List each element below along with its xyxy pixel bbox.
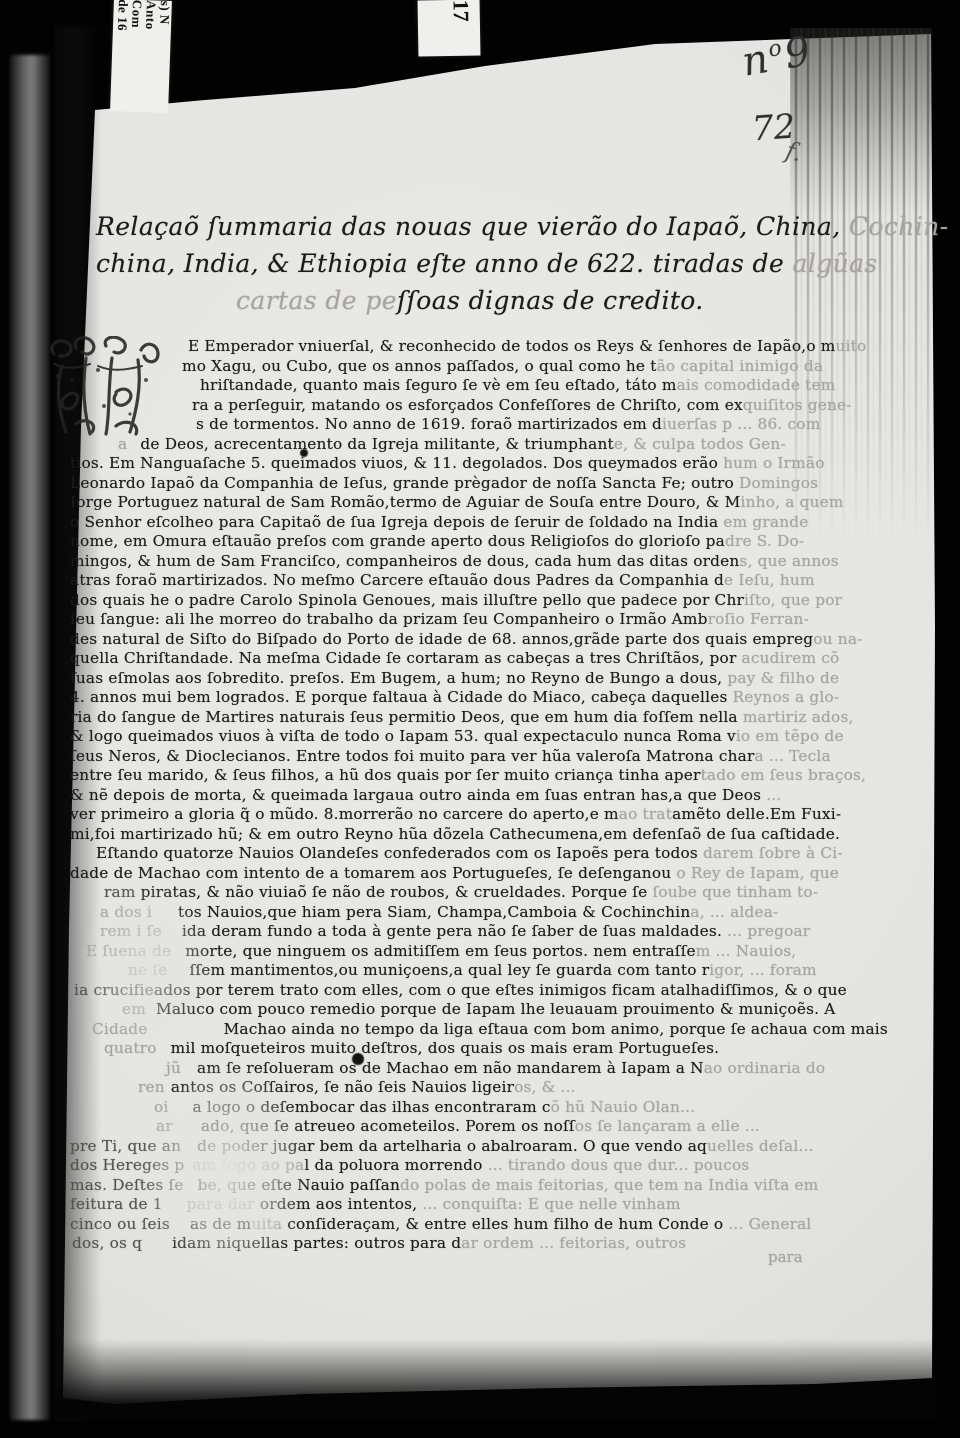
text-segment: mi,foi martirizado hũ; & em outro Reyno … <box>70 825 840 843</box>
text-segment: Iorge Portuguez natural de Sam Romão,ter… <box>70 493 741 511</box>
text-segment: dade de Machao com intento de a tomarem … <box>70 864 676 882</box>
text-segment: dos quais he o padre Carolo Spinola Geno… <box>70 591 744 609</box>
text-segment: Domingos <box>734 474 818 492</box>
text-segment: os ſe lançaram a elle ... <box>575 1117 760 1135</box>
text-segment: feitura de 1 <box>70 1195 163 1213</box>
text-segment: tios. Em Nanguaſache 5. queimados viuos,… <box>70 454 723 472</box>
gap <box>157 1039 171 1059</box>
text-line: ſuas eſmolas aos ſobredito. preſos. Em B… <box>70 669 930 689</box>
text-segment: l da poluora morrendo <box>304 1156 482 1174</box>
text-segment: am fogo ao pa <box>192 1156 304 1174</box>
text-segment: entre ſeu marido, & ſeus filhos, a hũ do… <box>70 766 701 784</box>
text-segment: E Emperador vniuerſal, & reconhecido de … <box>188 337 836 355</box>
text-segment: quiſitos gene- <box>743 396 852 414</box>
text-segment: iſto, que por <box>744 591 842 609</box>
text-segment: o Rey de Iapam, que <box>676 864 839 882</box>
text-segment: m ... Nauios, <box>696 942 797 960</box>
text-segment: ao ordinaria do <box>704 1059 826 1077</box>
text-segment: ... tirando dous que dur... poucos <box>483 1156 750 1174</box>
text-segment: jũ <box>166 1059 181 1077</box>
text-line: & logo queimados viuos à viſta de todo o… <box>70 727 930 747</box>
text-line: ar ado, que ſe atreueo acometeilos. Pore… <box>70 1117 930 1137</box>
text-segment: ria do ſangue de Martires naturais ſeus … <box>70 708 738 726</box>
text-line: a dos i tos Nauios,que hiam pera Siam, C… <box>70 903 930 923</box>
text-line: des natural de Siſto do Biſpado do Porto… <box>70 630 930 650</box>
text-line: china, India, & Ethiopia eſte anno de 62… <box>96 245 896 282</box>
text-segment: antos os Coſſairos, ſe não ſeis Nauios l… <box>171 1078 514 1096</box>
page-bottom-shadow <box>55 1340 935 1420</box>
text-segment: a dos i <box>100 903 152 921</box>
text-segment: iuerſas p ... 86. com <box>662 415 820 433</box>
text-segment: io em tẽpo de <box>736 727 844 745</box>
text-segment: de Deos, acrecentamento da Igreja milita… <box>135 435 614 453</box>
text-segment: cinco ou ſeis <box>70 1215 170 1233</box>
text-line: ia crucifieados por terem trato com elle… <box>70 981 930 1001</box>
text-segment: ado, que ſe atreueo acometeilos. Porem o… <box>201 1117 575 1135</box>
text-segment: ſſem mantimentos,ou muniçoens,a qual ley… <box>189 961 709 979</box>
text-line: Cidade Machao ainda no tempo da liga eſt… <box>70 1020 930 1040</box>
text-segment: am ſe reſolueram os de Machao em não man… <box>197 1059 704 1077</box>
text-segment: uelles deſal... <box>707 1137 814 1155</box>
text-segment: ais comodidade tem <box>677 376 836 394</box>
gap <box>152 903 178 923</box>
text-segment: Leonardo Iapaõ da Companhia de Ieſus, gr… <box>70 474 734 492</box>
text-line: s de tormentos. No anno de 1619. foraõ m… <box>70 415 930 435</box>
text-segment: dos, os q <box>72 1234 142 1252</box>
body-text-block: E Emperador vniuerſal, & reconhecido de … <box>70 337 930 1254</box>
text-segment: algũas <box>793 249 878 278</box>
text-segment: Machao ainda no tempo da liga eſtaua com… <box>224 1020 888 1038</box>
text-line: tios. Em Nanguaſache 5. queimados viuos,… <box>70 454 930 474</box>
text-line: quatro mil moſqueteiros muito deſtros, d… <box>70 1039 930 1059</box>
text-segment: darem ſobre à Ci- <box>703 844 843 862</box>
text-line: E Emperador vniuerſal, & reconhecido de … <box>70 337 930 357</box>
text-segment: Relaçaõ ſummaria das nouas que vierão do… <box>96 212 849 241</box>
text-segment: os, & ... <box>514 1078 576 1096</box>
text-segment: em <box>122 1000 146 1018</box>
text-line: mo Xagu, ou Cubo, que os annos paſſados,… <box>70 357 930 377</box>
text-segment: do polas de mais feitorias, que tem na I… <box>400 1176 818 1194</box>
text-line: feitura de 1 para dar ordem aos intentos… <box>70 1195 930 1215</box>
text-segment: pre Ti, que an <box>70 1137 181 1155</box>
text-segment: ſoube que tinham to- <box>652 883 818 901</box>
gap <box>170 1215 190 1235</box>
text-segment: mas. Deſtes ſe <box>70 1176 184 1194</box>
text-segment: ao trat <box>619 805 672 823</box>
gap <box>167 961 189 981</box>
text-segment: martiriz ados, <box>738 708 854 726</box>
catalogue-tab: 17 <box>418 0 481 57</box>
text-line: quella Chriſtandade. Na meſma Cidade ſe … <box>70 649 930 669</box>
text-segment: ... pregoar <box>722 922 810 940</box>
text-segment: cartas de pe <box>236 286 397 315</box>
title-block: Relaçaõ ſummaria das nouas que vierão do… <box>96 208 896 319</box>
text-segment: ver primeiro a gloria q̃ o mũdo. 8.morre… <box>70 805 619 823</box>
gap <box>169 1098 193 1118</box>
gap <box>171 942 185 962</box>
scanned-page: s) N Anto Com de 16 17 no9 72 f. Relaçaõ… <box>0 0 960 1438</box>
text-segment: Eſtando quatorze Nauios Olandeſes confed… <box>96 844 703 862</box>
gap <box>181 1059 197 1079</box>
text-segment: o Senhor eſcolheo para Capitaõ de ſua Ig… <box>70 513 718 531</box>
text-line: mi,foi martirizado hũ; & em outro Reyno … <box>70 825 930 845</box>
text-line: ram piratas, & não viuiaõ ſe não de roub… <box>70 883 930 903</box>
text-segment: ar ordem ... feitorias, outros <box>461 1234 686 1252</box>
text-segment: e, & culpa todos Gen- <box>614 435 786 453</box>
text-segment: ... <box>761 786 781 804</box>
text-line: Leonardo Iapaõ da Companhia de Ieſus, gr… <box>70 474 930 494</box>
text-segment: & logo queimados viuos à viſta de todo o… <box>70 727 736 745</box>
text-line: ſeu ſangue: ali lhe morreo do trabalho d… <box>70 610 930 630</box>
text-line: ria do ſangue de Martires naturais ſeus … <box>70 708 930 728</box>
text-segment: para dar <box>187 1195 255 1213</box>
text-line: a de Deos, acrecentamento da Igreja mili… <box>70 435 930 455</box>
text-segment: s de tormentos. No anno de 1619. foraõ m… <box>196 415 662 433</box>
text-segment: roſio Ferran- <box>708 610 809 628</box>
text-segment: ſeus Neros, & Dioclecianos. Entre todos … <box>70 747 755 765</box>
text-segment: china, India, & Ethiopia eſte anno de 62… <box>96 249 793 278</box>
text-segment: Maluco com pouco remedio porque de Iapam… <box>156 1000 836 1018</box>
gap <box>181 1137 197 1157</box>
gap <box>146 1000 156 1020</box>
text-line: ren antos os Coſſairos, ſe não ſeis Naui… <box>70 1078 930 1098</box>
text-segment: oi <box>154 1098 169 1116</box>
book-spine-edge <box>10 55 50 1420</box>
text-segment: em grande <box>718 513 808 531</box>
tab-number: 17 <box>424 0 475 54</box>
text-segment: ſſoas dignas de credito. <box>397 286 704 315</box>
text-line: rem i ſe ida deram fundo a toda à gente … <box>70 922 930 942</box>
text-line: ſeus Neros, & Dioclecianos. Entre todos … <box>70 747 930 767</box>
text-line: oi a logo o deſembocar das ilhas encontr… <box>70 1098 930 1118</box>
gap <box>162 922 182 942</box>
text-segment: ar <box>156 1117 173 1135</box>
text-segment: Reynos a glo- <box>733 688 840 706</box>
gap <box>148 1020 224 1040</box>
text-line: & nẽ depois de morta, & queimada largaua… <box>70 786 930 806</box>
text-segment: rem i ſe <box>100 922 162 940</box>
text-segment: ra a perſeguir, matando os esforçados Co… <box>192 396 743 414</box>
text-segment: hum o Irmão <box>723 454 825 472</box>
gap <box>142 1234 172 1254</box>
ink-blot <box>352 1053 364 1065</box>
text-segment: a logo o deſembocar das ilhas encontrara… <box>193 1098 551 1116</box>
text-segment: a ... Tecla <box>755 747 831 765</box>
text-segment: ida deram fundo a toda à gente pera não … <box>182 922 722 940</box>
text-segment: acudirem cõ <box>742 649 840 667</box>
text-segment: morte, que ninguem os admitiſſem em ſeus… <box>185 942 695 960</box>
text-segment: ſuas eſmolas aos ſobredito. preſos. Em B… <box>70 669 727 687</box>
text-segment: a <box>118 435 127 453</box>
text-segment: atras foraõ martirizados. No meſmo Carce… <box>70 571 724 589</box>
text-line: Eſtando quatorze Nauios Olandeſes confed… <box>70 844 930 864</box>
text-line: o Senhor eſcolheo para Capitaõ de ſua Ig… <box>70 513 930 533</box>
text-segment: ados por terem trato com elles, com o qu… <box>154 981 847 999</box>
text-line: dos quais he o padre Carolo Spinola Geno… <box>70 591 930 611</box>
text-line: cartas de peſſoas dignas de credito. <box>96 282 896 319</box>
text-segment: E ſuena de <box>86 942 171 960</box>
ink-blot <box>300 449 308 457</box>
text-segment: ram <box>104 883 136 901</box>
text-line: nome, em Omura eſtauão preſos com grande… <box>70 532 930 552</box>
text-segment: idam niquellas partes: outros para d <box>172 1234 461 1252</box>
text-line: entre ſeu marido, & ſeus filhos, a hũ do… <box>70 766 930 786</box>
text-segment: uita <box>251 1215 282 1233</box>
text-segment: dos Hereges p <box>70 1156 184 1174</box>
text-segment: mil moſqueteiros muito deſtros, dos quai… <box>171 1039 720 1057</box>
text-segment: ordem aos intentos, <box>255 1195 423 1213</box>
text-segment: e Ieſu, hum <box>724 571 815 589</box>
text-line: jũ am ſe reſolueram os de Machao em não … <box>70 1059 930 1079</box>
text-segment: Cidade <box>92 1020 148 1038</box>
text-line: Relaçaõ ſummaria das nouas que vierão do… <box>96 208 896 245</box>
text-line: E ſuena de morte, que ninguem os admitiſ… <box>70 942 930 962</box>
text-line: 4. annos mui bem logrados. E porque falt… <box>70 688 930 708</box>
text-segment: & nẽ depois de morta, & queimada largaua… <box>70 786 761 804</box>
text-segment: ne ſe <box>128 961 167 979</box>
text-segment: des natural de Siſto do Biſpado do Porto… <box>70 630 813 648</box>
text-segment: tos Nauios,que hiam pera Siam, Champa,Ca… <box>178 903 690 921</box>
text-line: pre Ti, que an de poder jugar bem da art… <box>70 1137 930 1157</box>
text-segment: õ hũ Nauio Olan... <box>551 1098 696 1116</box>
text-line: cinco ou ſeis as de muita conſideraçam, … <box>70 1215 930 1235</box>
text-line: mas. Deſtes ſe be, que eſte Nauio paſſan… <box>70 1176 930 1196</box>
text-segment: s, que annos <box>739 552 838 570</box>
text-line: hriſtandade, quanto mais ſeguro ſe vè em… <box>70 376 930 396</box>
text-segment: piratas, & não viuiaõ ſe não de roubos, … <box>136 883 653 901</box>
text-segment: conſideraçam, & entre elles hum filho de… <box>282 1215 728 1233</box>
text-line: em Maluco com pouco remedio porque de Ia… <box>70 1000 930 1020</box>
text-line: mingos, & hum de Sam Franciſco, companhe… <box>70 552 930 572</box>
text-segment: as de m <box>190 1215 251 1233</box>
text-segment: Cochin- <box>849 212 949 241</box>
catalogue-tab-text: s) N Anto Com de 16 <box>112 0 172 111</box>
gap <box>163 1195 187 1215</box>
text-segment: hriſtandade, quanto mais ſeguro ſe vè em… <box>200 376 677 394</box>
text-line: dade de Machao com intento de a tomarem … <box>70 864 930 884</box>
catchword: para <box>768 1248 803 1266</box>
text-segment: uito <box>836 337 867 355</box>
text-segment: mingos, & hum de Sam Franciſco, companhe… <box>70 552 739 570</box>
text-segment: tado em ſeus braços, <box>701 766 867 784</box>
text-segment: be, que eſte Nauio paſſan <box>198 1176 400 1194</box>
text-segment: ia crucifie <box>74 981 154 999</box>
text-line: ra a perſeguir, matando os esforçados Co… <box>70 396 930 416</box>
text-segment: ſeu ſangue: ali lhe morreo do trabalho d… <box>70 610 708 628</box>
text-segment: nome, em Omura eſtauão preſos com grande… <box>70 532 725 550</box>
text-segment: igor, ... foram <box>709 961 817 979</box>
catalogue-tab: s) N Anto Com de 16 <box>110 0 172 113</box>
text-segment: quella Chriſtandade. Na meſma Cidade ſe … <box>70 649 742 667</box>
text-line: ver primeiro a gloria q̃ o mũdo. 8.morre… <box>70 805 930 825</box>
text-segment: quatro <box>104 1039 157 1057</box>
text-segment: ren <box>138 1078 165 1096</box>
text-line: atras foraõ martirizados. No meſmo Carce… <box>70 571 930 591</box>
text-segment: pay & filho de <box>727 669 839 687</box>
text-segment: inho, a quem <box>741 493 844 511</box>
gap <box>184 1176 198 1196</box>
text-line: dos Hereges p am fogo ao pal da poluora … <box>70 1156 930 1176</box>
text-segment: ... conquiſta: E que nelle vinham <box>422 1195 680 1213</box>
text-segment: ão capital inimigo da <box>657 357 824 375</box>
text-segment: ... General <box>728 1215 811 1233</box>
text-segment: ou na- <box>813 630 862 648</box>
text-segment: amẽto delle.Em Fuxi- <box>672 805 841 823</box>
text-segment: 4. annos mui bem logrados. E porque falt… <box>70 688 733 706</box>
text-segment: a, ... aldea- <box>690 903 778 921</box>
gap <box>173 1117 201 1137</box>
text-segment: mo Xagu, ou Cubo, que os annos paſſados,… <box>182 357 657 375</box>
text-line: Iorge Portuguez natural de Sam Romão,ter… <box>70 493 930 513</box>
text-segment: dre S. Do- <box>725 532 804 550</box>
text-line: ne ſe ſſem mantimentos,ou muniçoens,a qu… <box>70 961 930 981</box>
text-segment: de poder jugar bem da artelharia o abalr… <box>197 1137 707 1155</box>
